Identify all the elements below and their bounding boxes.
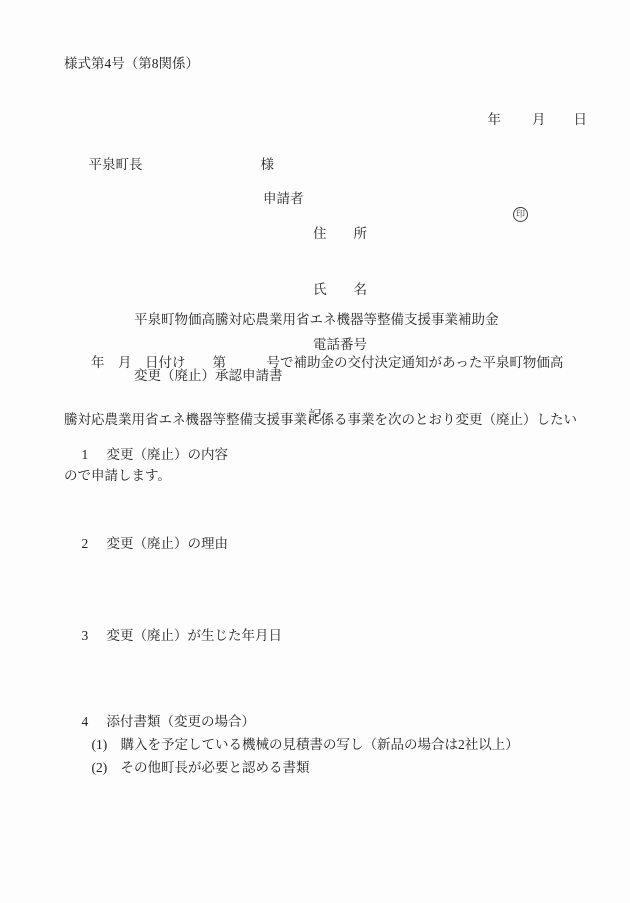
date-year-label: 年 <box>488 111 502 128</box>
subitem-number: (2) <box>92 759 121 776</box>
date-month-label: 月 <box>532 111 546 128</box>
applicant-label: 申請者 <box>263 190 304 207</box>
item-number: 1 <box>82 446 107 463</box>
document-page: 様式第4号（第8関係） 年月日 平泉町長様 申請者 住 所 氏 名 電話番号 印… <box>0 0 630 903</box>
seal-character: 印 <box>516 210 525 219</box>
list-item-3: 3変更（廃止）が生じた年月日 <box>68 610 282 661</box>
item-label: 変更（廃止）が生じた年月日 <box>107 628 283 643</box>
item-label: 変更（廃止）の理由 <box>107 536 229 551</box>
date-day-label: 日 <box>574 111 588 128</box>
subitem-label: その他町長が必要と認める書類 <box>121 760 310 775</box>
item-number: 3 <box>82 627 107 644</box>
item-number: 2 <box>82 535 107 552</box>
item-label: 変更（廃止）の内容 <box>107 447 229 462</box>
applicant-address-label: 住 所 <box>313 223 367 245</box>
list-item-1: 1変更（廃止）の内容 <box>68 429 228 480</box>
body-line: 年 月 日付け 第 号で補助金の交付決定通知があった平泉町物価高 <box>64 352 577 375</box>
form-number: 様式第4号（第8関係） <box>64 55 199 72</box>
ki-heading: 記 <box>0 407 630 424</box>
date-line: 年月日 <box>474 94 587 145</box>
addressee-line: 平泉町長様 <box>75 139 274 190</box>
addressee-name: 平泉町長 <box>89 157 143 172</box>
list-item-2: 2変更（廃止）の理由 <box>68 518 228 569</box>
addressee-honorific: 様 <box>261 157 275 172</box>
list-subitem-2: (2)その他町長が必要と認める書類 <box>78 742 310 793</box>
seal-stamp-mark: 印 <box>513 207 528 222</box>
